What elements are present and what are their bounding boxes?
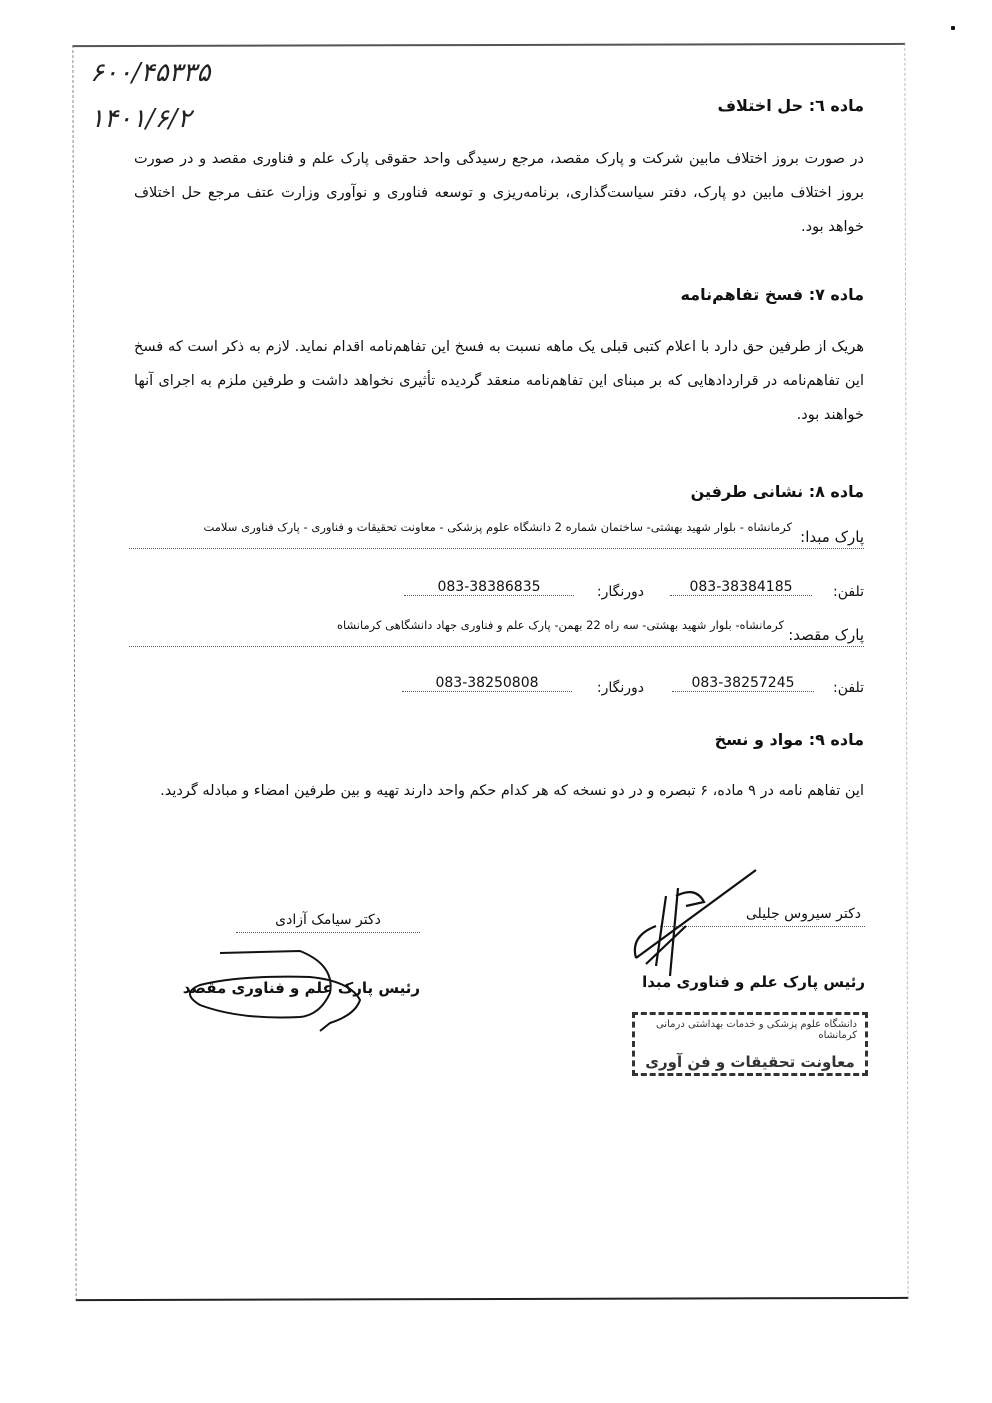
stamp-line-2: معاونت تحقیقات و فن آوری <box>643 1053 857 1071</box>
article-7-body: هریک از طرفین حق دارد با اعلام کتبی قبلی… <box>134 330 864 432</box>
destination-signatory-title: رئیس پارک علم و فناوری مقصد <box>236 979 420 997</box>
destination-phone: 083-38257245 <box>672 675 814 692</box>
stamp-line-1: دانشگاه علوم پزشکی و خدمات بهداشتی درمان… <box>643 1019 857 1041</box>
article-6-body: در صورت بروز اختلاف مابین شرکت و پارک مق… <box>134 142 864 244</box>
destination-fax: 083-38250808 <box>402 675 572 692</box>
origin-signature-block: دکتر سیروس جلیلی رئیس پارک علم و فناوری … <box>660 906 865 991</box>
article-7-heading: ماده ۷: فسخ تفاهم‌نامه <box>680 285 864 304</box>
origin-address: کرمانشاه - بلوار شهید بهشتی- ساختمان شما… <box>203 520 792 534</box>
destination-fax-label: دورنگار: <box>597 680 644 696</box>
origin-signatory-name: دکتر سیروس جلیلی <box>660 906 865 927</box>
destination-address-field: پارک مقصد: کرمانشاه- بلوار شهید بهشتی- س… <box>129 618 864 647</box>
origin-fax: 083-38386835 <box>404 579 574 596</box>
destination-phone-label: تلفن: <box>833 680 864 696</box>
article-8-heading: ماده ۸: نشانی طرفین <box>691 482 864 501</box>
destination-contact-row: تلفن: 083-38257245 دورنگار: 083-38250808 <box>404 668 864 696</box>
origin-label: پارک مبدا: <box>800 528 864 546</box>
origin-phone-label: تلفن: <box>833 584 864 600</box>
scan-speck <box>951 26 955 30</box>
destination-address: کرمانشاه- بلوار شهید بهشتی- سه راه 22 به… <box>337 618 784 632</box>
origin-address-field: پارک مبدا: کرمانشاه - بلوار شهید بهشتی- … <box>129 520 864 549</box>
origin-phone: 083-38384185 <box>670 579 812 596</box>
handwritten-letter-date: ۱۴۰۱/۶/۲ <box>90 104 191 134</box>
destination-signatory-name: دکتر سیامک آزادی <box>236 912 420 933</box>
origin-signatory-title: رئیس پارک علم و فناوری مبدا <box>660 973 865 991</box>
article-9-heading: ماده ۹: مواد و نسخ <box>715 730 864 749</box>
handwritten-letter-number: ۶۰۰/۴۵۳۳۵ <box>90 58 210 88</box>
article-9-body: این تفاهم نامه در ۹ ماده، ۶ تبصره و در د… <box>134 774 864 808</box>
destination-signature-block: دکتر سیامک آزادی رئیس پارک علم و فناوری … <box>236 912 420 997</box>
official-stamp: دانشگاه علوم پزشکی و خدمات بهداشتی درمان… <box>632 1012 868 1076</box>
origin-fax-label: دورنگار: <box>597 584 644 600</box>
origin-contact-row: تلفن: 083-38384185 دورنگار: 083-38386835 <box>404 572 864 600</box>
article-6-heading: ماده ٦: حل اختلاف <box>717 96 864 115</box>
destination-label: پارک مقصد: <box>788 626 864 644</box>
